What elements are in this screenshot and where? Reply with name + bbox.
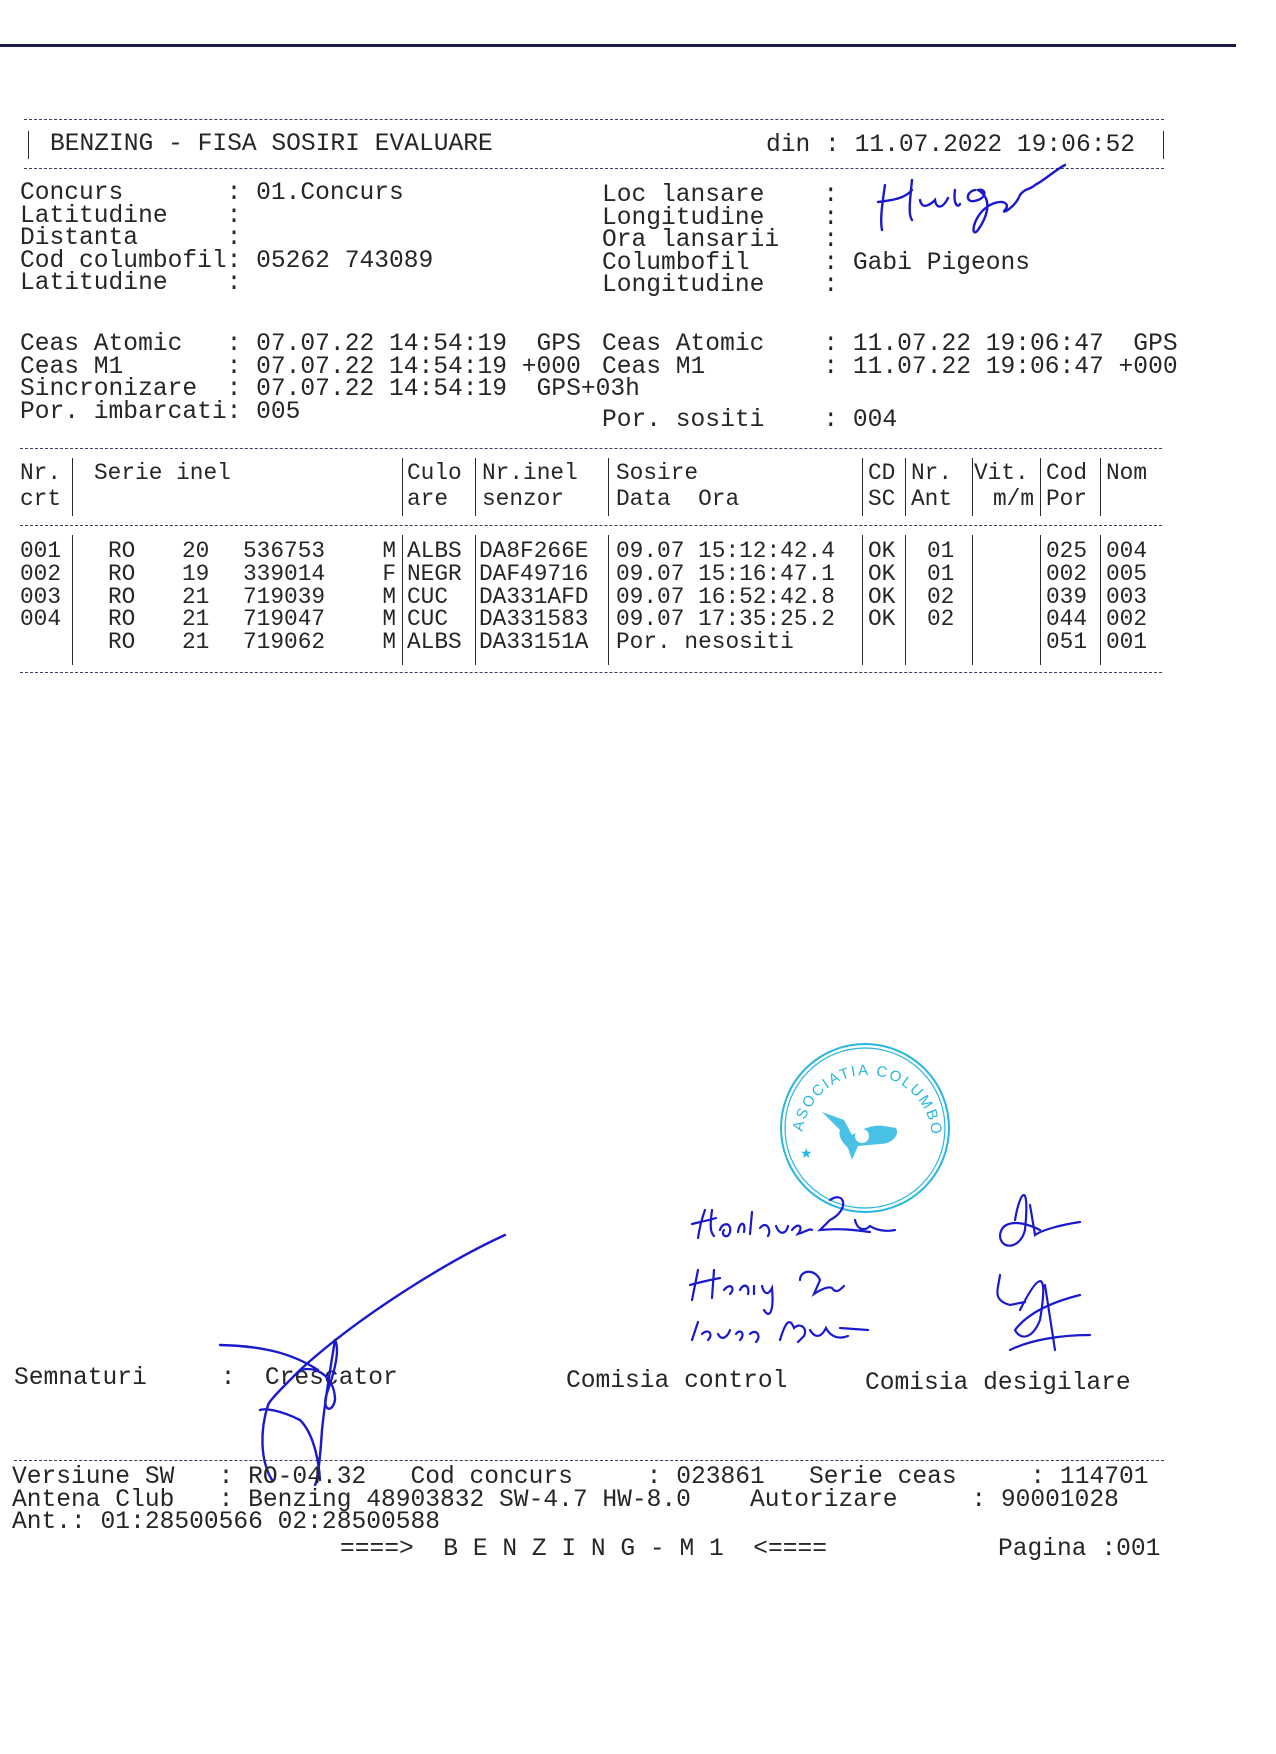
header-serie-inel: Serie inel: [94, 462, 231, 485]
cell-cod-por: 039: [1046, 586, 1087, 609]
header-nr: Nr.: [20, 462, 61, 485]
cell-inel: 719047: [243, 608, 325, 631]
scan-top-edge: [0, 44, 1236, 47]
header-sosire-2: Data Ora: [616, 488, 739, 511]
cell-nr: 001: [20, 540, 61, 563]
cell-cod-por: 025: [1046, 540, 1087, 563]
cell-cdsc: OK: [868, 540, 895, 563]
table-col-divider: [475, 458, 476, 516]
table-col-divider: [608, 535, 609, 665]
cell-sex: M: [370, 631, 396, 654]
cell-an: 21: [182, 586, 209, 609]
cell-sosire: Por. nesositi: [616, 631, 794, 654]
cell-sex: M: [370, 540, 396, 563]
cell-ant: 02: [927, 586, 954, 609]
table-rule: [20, 448, 1162, 449]
table-col-divider: [905, 458, 906, 516]
clock-row: Ceas M1 : 11.07.22 19:06:47 +000: [602, 357, 1178, 380]
table-col-divider: [72, 458, 73, 516]
cell-senzor: DA8F266E: [479, 540, 588, 563]
cell-cod-por: 051: [1046, 631, 1087, 654]
cell-nr: 002: [20, 563, 61, 586]
header-cod-por: Cod: [1046, 462, 1087, 485]
print-date-value: 11.07.2022 19:06:52: [855, 132, 1135, 159]
header-cd-sc-2: SC: [868, 488, 895, 511]
cell-sosire: 09.07 15:12:42.4: [616, 540, 835, 563]
cell-sex: F: [370, 563, 396, 586]
cell-inel: 719062: [243, 631, 325, 654]
table-col-divider: [862, 535, 863, 665]
cell-nom: 003: [1106, 586, 1147, 609]
crescator-signature-icon: [200, 1230, 520, 1490]
cell-an: 20: [182, 540, 209, 563]
cell-culoare: CUC: [407, 586, 448, 609]
document-title: BENZING - FISA SOSIRI EVALUARE: [50, 134, 493, 157]
svg-text:ASOCIATIA COLUMBOFILA: ASOCIATIA COLUMBOFILA: [772, 1040, 945, 1137]
table-col-divider: [475, 535, 476, 665]
cell-inel: 719039: [243, 586, 325, 609]
cell-inel: 536753: [243, 540, 325, 563]
table-col-divider: [608, 458, 609, 516]
document-page: BENZING - FISA SOSIRI EVALUARE din : 11.…: [0, 0, 1276, 1754]
cell-ant: 01: [927, 563, 954, 586]
cell-nom: 001: [1106, 631, 1147, 654]
header-senzor-2: senzor: [482, 488, 564, 511]
table-col-divider: [402, 535, 403, 665]
table-col-divider: [972, 535, 973, 665]
cell-an: 21: [182, 631, 209, 654]
cell-culoare: NEGR: [407, 563, 462, 586]
cell-senzor: DA331AFD: [479, 586, 588, 609]
svg-text:★: ★: [800, 1147, 813, 1162]
table-col-divider: [905, 535, 906, 665]
cell-nom: 002: [1106, 608, 1147, 631]
cell-nr: 004: [20, 608, 61, 631]
info-row: Longitudine :: [602, 275, 853, 298]
header-cd-sc: CD: [868, 462, 895, 485]
cell-senzor: DA33151A: [479, 631, 588, 654]
cell-nr: 003: [20, 586, 61, 609]
cell-ant: 01: [927, 540, 954, 563]
cell-sosire: 09.07 17:35:25.2: [616, 608, 835, 631]
print-date-label: din: [766, 132, 810, 159]
cell-inel: 339014: [243, 563, 325, 586]
table-col-divider: [1100, 458, 1101, 516]
cell-ant: 02: [927, 608, 954, 631]
header-senzor: Nr.inel: [482, 462, 578, 485]
cell-nom: 004: [1106, 540, 1147, 563]
header-nom: Nom: [1106, 462, 1147, 485]
footer-divider: [14, 1460, 1164, 1461]
footer-antenna-line: Ant.: 01:28500566 02:28500588: [12, 1512, 440, 1535]
cell-culoare: ALBS: [407, 540, 462, 563]
cell-an: 19: [182, 563, 209, 586]
header-culoare: Culo: [407, 462, 462, 485]
print-date: din : 11.07.2022 19:06:52: [766, 135, 1135, 158]
cell-culoare: CUC: [407, 608, 448, 631]
table-rule: [20, 525, 1162, 526]
footer-banner: ====> B E N Z I N G - M 1 <====: [340, 1539, 827, 1562]
header-nr-ant-2: Ant: [911, 488, 952, 511]
header-viteza: Vit.: [974, 462, 1029, 485]
header-border-left: [28, 131, 29, 159]
cell-sex: M: [370, 608, 396, 631]
committee-signatures-icon: [680, 1190, 1140, 1380]
header-cod-por-2: Por: [1046, 488, 1087, 511]
cell-tara: RO: [108, 540, 135, 563]
table-col-divider: [1100, 535, 1101, 665]
clock-row: Por. imbarcati: 005: [20, 402, 300, 425]
cell-culoare: ALBS: [407, 631, 462, 654]
cell-tara: RO: [108, 608, 135, 631]
header-nr-ant: Nr.: [911, 462, 952, 485]
cell-senzor: DA331583: [479, 608, 588, 631]
cell-sex: M: [370, 586, 396, 609]
header-culoare-2: are: [407, 488, 448, 511]
cell-tara: RO: [108, 563, 135, 586]
cell-an: 21: [182, 608, 209, 631]
page-number: Pagina :001: [998, 1539, 1160, 1562]
table-col-divider: [1040, 458, 1041, 516]
cell-tara: RO: [108, 586, 135, 609]
info-row: Latitudine :: [20, 273, 256, 296]
cell-senzor: DAF49716: [479, 563, 588, 586]
cell-cdsc: OK: [868, 563, 895, 586]
header-border-right: [1163, 131, 1164, 159]
autorizare-value: 90001028: [1001, 1487, 1119, 1514]
header-border-top: [24, 119, 1164, 120]
table-rule: [20, 672, 1162, 673]
cell-nom: 005: [1106, 563, 1147, 586]
cell-sosire: 09.07 15:16:47.1: [616, 563, 835, 586]
header-nr-2: crt: [20, 488, 61, 511]
cell-tara: RO: [108, 631, 135, 654]
header-sosire: Sosire: [616, 462, 698, 485]
table-col-divider: [72, 535, 73, 665]
table-col-divider: [862, 458, 863, 516]
cell-cdsc: OK: [868, 608, 895, 631]
header-viteza-2: m/m: [972, 488, 1034, 511]
clock-row: Por. sositi : 004: [602, 410, 897, 433]
cell-cod-por: 044: [1046, 608, 1087, 631]
signature-top-icon: [860, 160, 1160, 260]
table-col-divider: [402, 458, 403, 516]
cell-sosire: 09.07 16:52:42.8: [616, 586, 835, 609]
cell-cdsc: OK: [868, 586, 895, 609]
table-col-divider: [1040, 535, 1041, 665]
cell-cod-por: 002: [1046, 563, 1087, 586]
